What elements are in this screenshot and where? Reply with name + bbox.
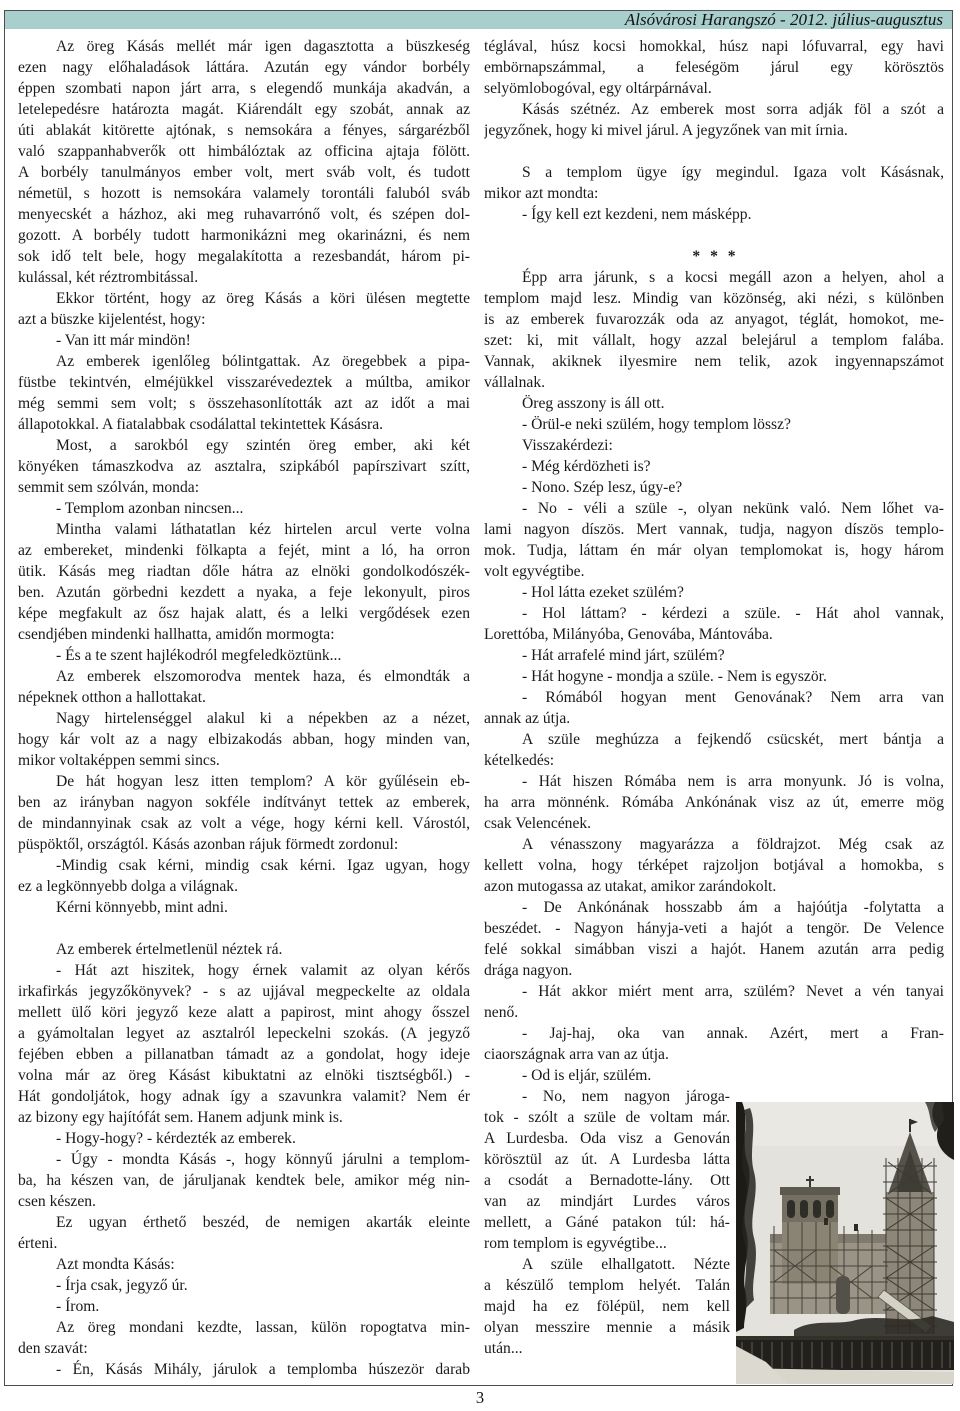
text-line: a csodát a Bernadotte-lány. Ott xyxy=(484,1170,730,1191)
paragraph-spacer xyxy=(18,918,470,939)
paragraph: S a templom ügye így megindul. Igaza vol… xyxy=(484,162,944,204)
text-line: - Rómából hogyan ment Genovának? Nem arr… xyxy=(484,687,944,708)
text-line: Hát gondoljátok, hogy adnak így a szavun… xyxy=(18,1086,470,1107)
text-line: csen készen. xyxy=(18,1191,470,1212)
text-line: templom majd lesz. Mindig van közönség, … xyxy=(484,288,944,309)
paragraph: Ez ugyan érthető beszéd, de nemigen akar… xyxy=(18,1212,470,1254)
text-line: - Od is eljár, szülém. xyxy=(484,1065,944,1086)
text-line: den szavát: xyxy=(18,1338,470,1359)
text-line: könyéken támaszkodva az asztalra, szipká… xyxy=(18,456,470,477)
text-line: jegyzőnek, hogy ki mivel járul. A jegyző… xyxy=(484,120,944,141)
paragraph: De hát hogyan lesz itten templom? A kör … xyxy=(18,771,470,855)
text-line: hogy kár volt az a nagy elbizakodás abba… xyxy=(18,729,470,750)
paragraph: - Írom. xyxy=(18,1296,470,1317)
paragraph: - Hogy-hogy? - kérdezték az emberek. xyxy=(18,1128,470,1149)
text-line: mok. Tudja, láttam én már olyan templomo… xyxy=(484,540,944,561)
paragraph: - Örül-e neki szülém, hogy templom lössz… xyxy=(484,414,944,435)
text-line: még semmi sem volt; s összehasonlították… xyxy=(18,393,470,414)
text-line: után... xyxy=(484,1338,730,1359)
paragraph: Az emberek igenlőleg bólintgattak. Az ör… xyxy=(18,351,470,435)
paragraph-spacer xyxy=(484,141,944,162)
text-line: azon mutogassa az utakat, amikor zarándo… xyxy=(484,876,944,897)
paragraph: Ekkor történt, hogy az öreg Kásás a köri… xyxy=(18,288,470,330)
text-line: körösztül az út. A Lurdesba látta xyxy=(484,1149,730,1170)
text-line: S a templom ügye így megindul. Igaza vol… xyxy=(484,162,944,183)
paragraph: - No - véli a szüle -, olyan nekünk való… xyxy=(484,498,944,582)
text-line: Nagy hirtelenséggel alakul ki a népekben… xyxy=(18,708,470,729)
paragraph: Mintha valami láthatatlan kéz hirtelen a… xyxy=(18,519,470,645)
paragraph: - Hát arrafelé mind járt, szülém? xyxy=(484,645,944,666)
text-line: - Hogy-hogy? - kérdezték az emberek. xyxy=(18,1128,470,1149)
text-line: de mindannyinak csak az volt a vége, hog… xyxy=(18,813,470,834)
text-line: van az mindjárt Lurdes város xyxy=(484,1191,730,1212)
paragraph-spacer xyxy=(484,225,944,246)
paragraph: - De Ankónának hosszabb ám a hajóútja -f… xyxy=(484,897,944,981)
text-line: olyan messzire mennie a másik xyxy=(484,1317,730,1338)
paragraph: téglával, húsz kocsi homokkal, húsz napi… xyxy=(484,36,944,99)
text-line: A szüle meghúzza a fejkendő csücskét, me… xyxy=(484,729,944,750)
text-line: mikor azt mondta: xyxy=(484,183,944,204)
paragraph: Azt mondta Kásás: xyxy=(18,1254,470,1275)
newsletter-page: Alsóvárosi Harangszó - 2012. július-augu… xyxy=(0,0,960,1411)
text-line: A Lurdesba. Oda visz a Genován xyxy=(484,1128,730,1149)
text-line: De hát hogyan lesz itten templom? A kör … xyxy=(18,771,470,792)
text-line: Az emberek elszomorodva mentek haza, és … xyxy=(18,666,470,687)
text-line: püspöktől, országtól. Kásás azonban ráju… xyxy=(18,834,470,855)
paragraph: - Hát hogyne - mondja a szüle. - Nem is … xyxy=(484,666,944,687)
paragraph: - Hát akkor miért ment arra, szülém? Nev… xyxy=(484,981,944,1023)
text-line: ezen nagy előhaladások láttára. Azután e… xyxy=(18,57,470,78)
text-line: tok - szólt a szüle de voltam már. xyxy=(484,1107,730,1128)
text-line: - Hát arrafelé mind járt, szülém? xyxy=(484,645,944,666)
paragraph: - Így kell ezt kezdeni, nem másképp. xyxy=(484,204,944,225)
text-line: - Hol látta ezeket szülém? xyxy=(484,582,944,603)
text-line: a készülő templom helyét. Talán xyxy=(484,1275,730,1296)
text-line: mikor voltaképpen semmi sincs. xyxy=(18,750,470,771)
text-line: embörnapszámmal, a feleségöm járul egy k… xyxy=(484,57,944,78)
text-line: volna már az öreg Kásást kibuktatni az e… xyxy=(18,1065,470,1086)
text-line: - Van itt már mindön! xyxy=(18,330,470,351)
page-number: 3 xyxy=(0,1388,960,1408)
text-line: - Én, Kásás Mihály, járulok a templomba … xyxy=(18,1359,470,1380)
text-line: Ekkor történt, hogy az öreg Kásás a köri… xyxy=(18,288,470,309)
text-line: kellett volna, hogy térképet rajzoljon b… xyxy=(484,855,944,876)
text-line: - Nono. Szép lesz, úgy-e? xyxy=(484,477,944,498)
text-line: - Jaj-haj, oka van annak. Azért, mert a … xyxy=(484,1023,944,1044)
text-line: semmit sem szólván, monda: xyxy=(18,477,470,498)
text-line: éppen szombati napon járt arra, s elegen… xyxy=(18,78,470,99)
paragraph: Az emberek értelmetlenül néztek rá. xyxy=(18,939,470,960)
text-line: érteni. xyxy=(18,1233,470,1254)
text-line: való szappanhabverők ott himbálóztak az … xyxy=(18,141,470,162)
text-line: - Örül-e neki szülém, hogy templom lössz… xyxy=(484,414,944,435)
church-construction-photo xyxy=(736,1102,954,1384)
text-line: az embereket, mindenki fölkapta a fejét,… xyxy=(18,540,470,561)
text-line: németül, s hozott is nemsokára valamely … xyxy=(18,183,470,204)
text-line: Vannak, akiknek ilyesmire nem telik, azo… xyxy=(484,351,944,372)
text-line: népeknek otthon a hallottakat. xyxy=(18,687,470,708)
text-line: Az emberek értelmetlenül néztek rá. xyxy=(18,939,470,960)
text-line: füstbe tekintvén, elméjükkel visszaréved… xyxy=(18,372,470,393)
paragraph: - Rómából hogyan ment Genovának? Nem arr… xyxy=(484,687,944,729)
text-line: - Hát akkor miért ment arra, szülém? Nev… xyxy=(484,981,944,1002)
text-line: a gyámoltalan legyet az asztalról lepeck… xyxy=(18,1023,470,1044)
text-line: fejében ebben a pillanatban támadt az a … xyxy=(18,1044,470,1065)
text-line: Épp arra járunk, s a kocsi megáll azon a… xyxy=(484,267,944,288)
paragraph: - Jaj-haj, oka van annak. Azért, mert a … xyxy=(484,1023,944,1065)
paragraph: - Nono. Szép lesz, úgy-e? xyxy=(484,477,944,498)
text-line: kételkedés: xyxy=(484,750,944,771)
paragraph: Kásás szétnéz. Az emberek most sorra adj… xyxy=(484,99,944,141)
paragraph: -Mindig csak kérni, mindig csak kérni. I… xyxy=(18,855,470,897)
text-line: sok idő telt bele, hogy megalakította a … xyxy=(18,246,470,267)
text-line: nenő. xyxy=(484,1002,944,1023)
text-line: - Hát hogyne - mondja a szüle. - Nem is … xyxy=(484,666,944,687)
text-line: irkafirkás jegyzőkönyvek? - s az ujjával… xyxy=(18,981,470,1002)
text-line: A szüle elhallgatott. Nézte xyxy=(484,1254,730,1275)
paragraph: - Úgy - mondta Kásás -, hogy könnyű járu… xyxy=(18,1149,470,1212)
paragraph: - Templom azonban nincsen... xyxy=(18,498,470,519)
section-separator: * * * xyxy=(484,246,944,267)
text-line: képe megfakult az ősz hajak alatt, és a … xyxy=(18,603,470,624)
paragraph: - Hol láttam? - kérdezi a szüle. - Hát a… xyxy=(484,603,944,645)
text-line: Visszakérdezi: xyxy=(484,435,944,456)
text-line: - Hát azt hiszitek, hogy érnek valamit a… xyxy=(18,960,470,981)
paragraph: Az öreg mondani kezdte, lassan, külön ro… xyxy=(18,1317,470,1359)
text-line: Kásás szétnéz. Az emberek most sorra adj… xyxy=(484,99,944,120)
text-line: - Még kérdözheti is? xyxy=(484,456,944,477)
text-line: állapotokkal. A fiatalabbak csodálattal … xyxy=(18,414,470,435)
paragraph: Nagy hirtelenséggel alakul ki a népekben… xyxy=(18,708,470,771)
text-line: gozott. A borbély tudott harmonikázni me… xyxy=(18,225,470,246)
text-line: azt a büszke kijelentést, hogy: xyxy=(18,309,470,330)
paragraph: - Van itt már mindön! xyxy=(18,330,470,351)
paragraph: - Én, Kásás Mihály, járulok a templomba … xyxy=(18,1359,470,1380)
text-line: ben az irányban nagyon sokféle indítvány… xyxy=(18,792,470,813)
text-line: felé sokkal simábban viszi a hajót. Hane… xyxy=(484,939,944,960)
text-line: Mintha valami láthatatlan kéz hirtelen a… xyxy=(18,519,470,540)
text-line: - Úgy - mondta Kásás -, hogy könnyű járu… xyxy=(18,1149,470,1170)
text-line: mellett ülő köri jegyző keze alatt a pap… xyxy=(18,1002,470,1023)
text-line: - Hol láttam? - kérdezi a szüle. - Hát a… xyxy=(484,603,944,624)
text-line: A vénasszony magyarázza a földrajzot. Mé… xyxy=(484,834,944,855)
text-line: csak Velencének. xyxy=(484,813,944,834)
text-line: Kérni könnyebb, mint adni. xyxy=(18,897,470,918)
text-line: annak az útja. xyxy=(484,708,944,729)
text-line: mellett, a Gáné patakon túl: há- xyxy=(484,1212,730,1233)
text-line: drága nagyon. xyxy=(484,960,944,981)
text-line: - Írja csak, jegyző úr. xyxy=(18,1275,470,1296)
text-line: Azt mondta Kásás: xyxy=(18,1254,470,1275)
text-line: Lorettóba, Milányóba, Genovába, Mántováb… xyxy=(484,624,944,645)
text-line: volt egyvégtibe. xyxy=(484,561,944,582)
text-line: Az öreg mondani kezdte, lassan, külön ro… xyxy=(18,1317,470,1338)
paragraph: - És a te szent hajlékodról megfeledközt… xyxy=(18,645,470,666)
paragraph: - Írja csak, jegyző úr. xyxy=(18,1275,470,1296)
church-photo-illustration xyxy=(736,1102,954,1384)
text-line: ez a legkönnyebb dolga a világnak. xyxy=(18,876,470,897)
text-line: selyömlobogóval, egy oltárpárnával. xyxy=(484,78,944,99)
paragraph: Épp arra járunk, s a kocsi megáll azon a… xyxy=(484,267,944,393)
text-line: az bizony egy hajítófát sem. Hanem adjun… xyxy=(18,1107,470,1128)
page-title: Alsóvárosi Harangszó - 2012. július-augu… xyxy=(4,10,953,29)
paragraph: A szüle meghúzza a fejkendő csücskét, me… xyxy=(484,729,944,771)
left-column: Az öreg Kásás mellét már igen dagasztott… xyxy=(18,36,470,1380)
text-line: majd ha ez fölépül, nem kell xyxy=(484,1296,730,1317)
paragraph: Az emberek elszomorodva mentek haza, és … xyxy=(18,666,470,708)
text-line: úti ablakát kitörette ajtónak, s nemsoká… xyxy=(18,120,470,141)
text-line: lami nagyon díszös. Mert vannak, tudja, … xyxy=(484,519,944,540)
text-line: - No - véli a szüle -, olyan nekünk való… xyxy=(484,498,944,519)
paragraph: Most, a sarokból egy szintén öreg ember,… xyxy=(18,435,470,498)
text-line: szet: ki, mit vállalt, hogy azzal belejá… xyxy=(484,330,944,351)
right-column: téglával, húsz kocsi homokkal, húsz napi… xyxy=(484,36,944,1359)
paragraph: - Hol látta ezeket szülém? xyxy=(484,582,944,603)
text-line: menyecskét a házhoz, aki meg ruhavarrónő… xyxy=(18,204,470,225)
text-line: - És a te szent hajlékodról megfeledközt… xyxy=(18,645,470,666)
text-line: - No, nem nagyon jároga- xyxy=(484,1086,730,1107)
text-line: ciaországnak arra van az útja. xyxy=(484,1044,944,1065)
paragraph: Az öreg Kásás mellét már igen dagasztott… xyxy=(18,36,470,288)
text-line: ben. Azután görbedni kezdett a nyaka, a … xyxy=(18,582,470,603)
text-line: Az öreg Kásás mellét már igen dagasztott… xyxy=(18,36,470,57)
text-line: beszédet. - Nagyon hányja-veti a hajót a… xyxy=(484,918,944,939)
text-line: Ez ugyan érthető beszéd, de nemigen akar… xyxy=(18,1212,470,1233)
text-line: Most, a sarokból egy szintén öreg ember,… xyxy=(18,435,470,456)
text-line: - Így kell ezt kezdeni, nem másképp. xyxy=(484,204,944,225)
text-line: - Hát hiszen Rómába nem is arra monyunk.… xyxy=(484,771,944,792)
header-band: Alsóvárosi Harangszó - 2012. július-augu… xyxy=(4,10,953,29)
text-line: ha arra mönnénk. Rómába Ankónának visz a… xyxy=(484,792,944,813)
paragraph: - Hát hiszen Rómába nem is arra monyunk.… xyxy=(484,771,944,834)
text-line: Öreg asszony is áll ott. xyxy=(484,393,944,414)
text-line: is az emberek fuvarozzák oda az anyagot,… xyxy=(484,309,944,330)
paragraph: Öreg asszony is áll ott. xyxy=(484,393,944,414)
text-line: A borbély tanulmányos ember volt, mert s… xyxy=(18,162,470,183)
text-line: - Templom azonban nincsen... xyxy=(18,498,470,519)
paragraph: - Od is eljár, szülém. xyxy=(484,1065,944,1086)
text-line: téglával, húsz kocsi homokkal, húsz napi… xyxy=(484,36,944,57)
text-line: Az emberek igenlőleg bólintgattak. Az ör… xyxy=(18,351,470,372)
paragraph: - Hát azt hiszitek, hogy érnek valamit a… xyxy=(18,960,470,1128)
text-line: kulással, két réztrombitással. xyxy=(18,267,470,288)
text-line: -Mindig csak kérni, mindig csak kérni. I… xyxy=(18,855,470,876)
paragraph: A vénasszony magyarázza a földrajzot. Mé… xyxy=(484,834,944,897)
text-line: ba, ha készen van, de járuljanak kendtek… xyxy=(18,1170,470,1191)
text-line: letelepedésre határozta magát. Kiárendál… xyxy=(18,99,470,120)
paragraph: - Még kérdözheti is? xyxy=(484,456,944,477)
text-line: * * * xyxy=(484,246,944,267)
paragraph: Visszakérdezi: xyxy=(484,435,944,456)
text-line: csendjében mindenki hallhatta, amidőn mo… xyxy=(18,624,470,645)
text-line: - Írom. xyxy=(18,1296,470,1317)
text-line: - De Ankónának hosszabb ám a hajóútja -f… xyxy=(484,897,944,918)
text-line: vállalnak. xyxy=(484,372,944,393)
text-line: rom templom is egyvégtibe... xyxy=(484,1233,730,1254)
text-line: ütik. Kásás meg riadtan dőle hátra az el… xyxy=(18,561,470,582)
paragraph: Kérni könnyebb, mint adni. xyxy=(18,897,470,918)
